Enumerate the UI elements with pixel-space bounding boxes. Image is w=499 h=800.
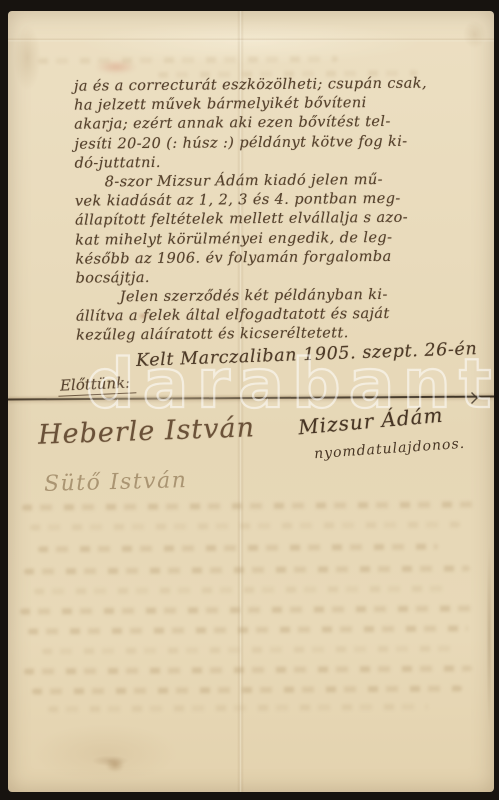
bleedthrough-line xyxy=(24,565,470,574)
bleedthrough-line xyxy=(38,56,338,64)
bleedthrough-line xyxy=(28,625,468,634)
text-line: állapított feltételek mellett elvállalja… xyxy=(75,209,453,231)
bleedthrough-line xyxy=(24,665,472,674)
signature-title: nyomdatulajdonos. xyxy=(314,436,466,463)
bleedthrough-line xyxy=(30,521,460,530)
scan-background: { "doc": { "kind": "Handwritten publishi… xyxy=(0,0,499,800)
paper-stain xyxy=(102,755,128,775)
signature-heberle-istvan: Heberle István xyxy=(38,412,256,451)
signature-suto-istvan: Sütő István xyxy=(44,468,188,497)
bleedthrough-line xyxy=(32,685,462,694)
bleedthrough-line xyxy=(22,501,474,510)
text-line: jesíti 20-20 (: húsz :) példányt kötve f… xyxy=(74,132,452,154)
text-line: ja és a correcturát eszközölheti; csupán… xyxy=(74,74,452,96)
bleedthrough-line xyxy=(34,586,454,595)
bleedthrough-line xyxy=(42,646,452,655)
handwritten-text-block: ja és a correcturát eszközölheti; csupán… xyxy=(74,74,454,346)
bleedthrough-line xyxy=(20,605,476,614)
document-paper: ja és a correcturát eszközölheti; csupán… xyxy=(8,11,494,792)
top-crease xyxy=(8,38,494,42)
